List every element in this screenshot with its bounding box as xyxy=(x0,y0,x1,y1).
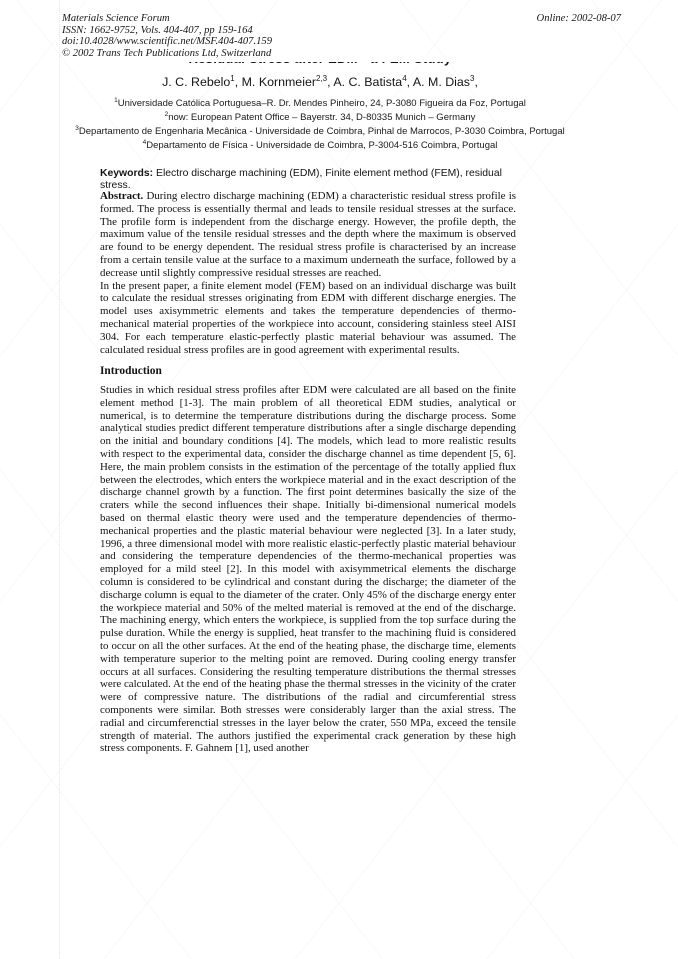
introduction-paragraph: Studies in which residual stress profile… xyxy=(100,384,516,755)
issn-line: ISSN: 1662-9752, Vols. 404-407, pp 159-1… xyxy=(62,25,272,37)
abstract-paragraph-1: Abstract. During electro discharge machi… xyxy=(100,190,516,280)
keywords-label: Keywords: xyxy=(100,168,153,179)
introduction-section: Studies in which residual stress profile… xyxy=(100,384,516,755)
affiliation-line: 2now: European Patent Office – Bayerstr.… xyxy=(70,109,570,123)
paper-title-clipped: Residual Stress after EDM - a FEM Study xyxy=(60,62,580,68)
abstract-paragraph-2: In the present paper, a finite element m… xyxy=(100,280,516,357)
journal-title: Materials Science Forum xyxy=(62,13,272,25)
keywords-text: Electro discharge machining (EDM), Finit… xyxy=(100,168,502,191)
abstract-section: Abstract. During electro discharge machi… xyxy=(100,190,516,356)
keywords-line: Keywords: Electro discharge machining (E… xyxy=(100,168,530,192)
abstract-label: Abstract. xyxy=(100,190,143,202)
scan-artifact-line xyxy=(59,0,60,959)
paper-page: Materials Science Forum ISSN: 1662-9752,… xyxy=(0,0,678,959)
affiliation-line: 1Universidade Católica Portuguesa–R. Dr.… xyxy=(70,95,570,109)
online-date: Online: 2002-08-07 xyxy=(537,13,621,24)
journal-header: Materials Science Forum ISSN: 1662-9752,… xyxy=(62,13,272,59)
author: A. C. Batista4, xyxy=(333,75,413,89)
affiliation-line: 4Departamento de Física - Universidade d… xyxy=(70,137,570,151)
author: J. C. Rebelo1, xyxy=(162,75,242,89)
copyright-line: © 2002 Trans Tech Publications Ltd, Swit… xyxy=(62,48,272,60)
affiliation-line: 3Departamento de Engenharia Mecânica - U… xyxy=(70,123,570,137)
introduction-heading: Introduction xyxy=(100,365,162,377)
authors-line: J. C. Rebelo1, M. Kornmeier2,3, A. C. Ba… xyxy=(60,74,580,89)
doi-line: doi:10.4028/www.scientific.net/MSF.404-4… xyxy=(62,36,272,48)
author-affil-ref: 2,3 xyxy=(316,74,327,83)
author: M. Kornmeier2,3, xyxy=(242,75,334,89)
author: A. M. Dias3, xyxy=(413,75,478,89)
affiliations-block: 1Universidade Católica Portuguesa–R. Dr.… xyxy=(70,95,570,152)
paper-title-text: Residual Stress after EDM - a FEM Study xyxy=(60,62,580,66)
